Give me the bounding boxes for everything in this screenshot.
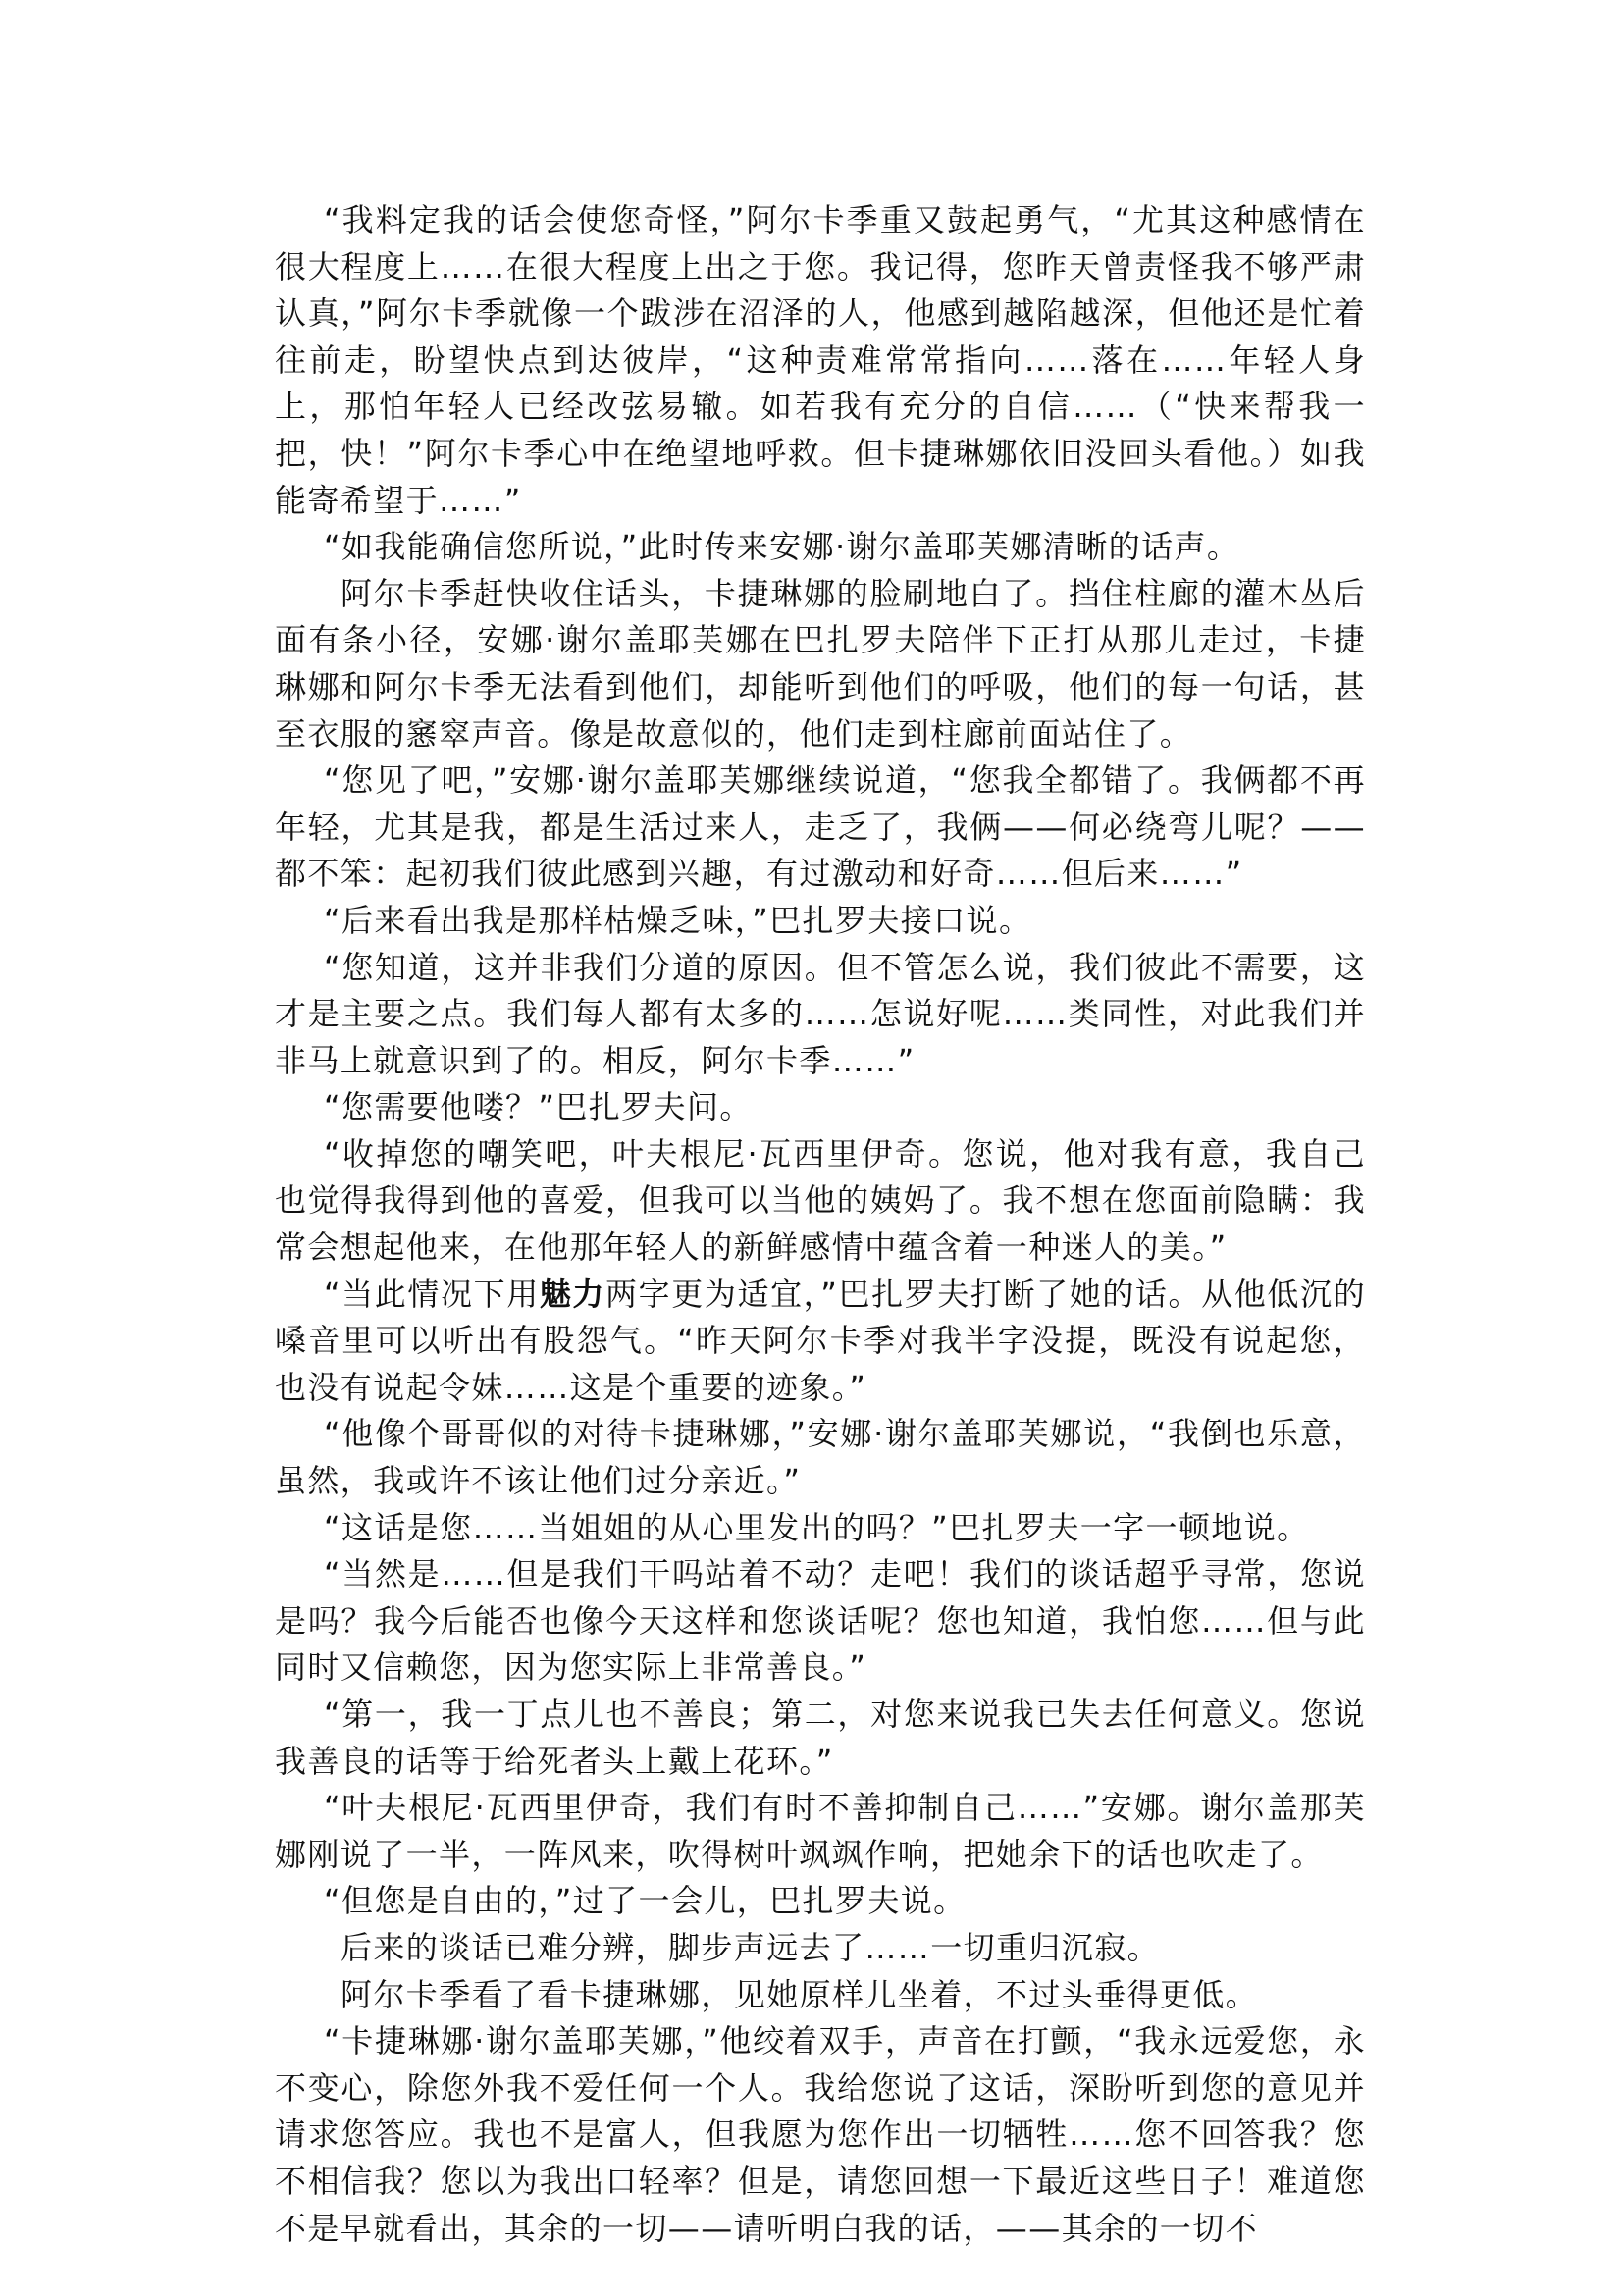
paragraph: “后来看出我是那样枯燥乏味，”巴扎罗夫接口说。 [275, 898, 1366, 945]
paragraph: “他像个哥哥似的对待卡捷琳娜，”安娜·谢尔盖耶芙娜说，“我倒也乐意，虽然，我或许… [275, 1411, 1366, 1504]
paragraph: “卡捷琳娜·谢尔盖耶芙娜，”他绞着双手，声音在打颤，“我永远爱您，永不变心，除您… [275, 2018, 1366, 2252]
paragraph: 阿尔卡季赶快收住话头，卡捷琳娜的脸刷地白了。挡住柱廊的灌木丛后面有条小径，安娜·… [275, 571, 1366, 757]
paragraph: “您见了吧，”安娜·谢尔盖耶芙娜继续说道，“您我全都错了。我俩都不再年轻，尤其是… [275, 757, 1366, 898]
paragraph: “如我能确信您所说，”此时传来安娜·谢尔盖耶芙娜清晰的话声。 [275, 524, 1366, 571]
paragraph: “您需要他喽？”巴扎罗夫问。 [275, 1084, 1366, 1131]
paragraph: “收掉您的嘲笑吧，叶夫根尼·瓦西里伊奇。您说，他对我有意，我自己也觉得我得到他的… [275, 1131, 1366, 1272]
emphasized-term: 魅力 [540, 1276, 605, 1313]
paragraph: “您知道，这并非我们分道的原因。但不管怎么说，我们彼此不需要，这才是主要之点。我… [275, 945, 1366, 1085]
paragraph: “当然是……但是我们干吗站着不动？走吧！我们的谈话超乎寻常，您说是吗？我今后能否… [275, 1551, 1366, 1692]
paragraph: “第一，我一丁点儿也不善良；第二，对您来说我已失去任何意义。您说我善良的话等于给… [275, 1692, 1366, 1785]
paragraph: 阿尔卡季看了看卡捷琳娜，见她原样儿坐着，不过头垂得更低。 [275, 1972, 1366, 2019]
paragraph-text: “当此情况下用 [324, 1276, 540, 1313]
paragraph: “这话是您……当姐姐的从心里发出的吗？”巴扎罗夫一字一顿地说。 [275, 1505, 1366, 1552]
paragraph: “当此情况下用魅力两字更为适宜，”巴扎罗夫打断了她的话。从他低沉的嗓音里可以听出… [275, 1272, 1366, 1412]
document-page: “我料定我的话会使您奇怪，”阿尔卡季重又鼓起勇气，“尤其这种感情在很大程度上……… [275, 197, 1366, 2252]
paragraph: 后来的谈话已难分辨，脚步声远去了……一切重归沉寂。 [275, 1925, 1366, 1972]
paragraph: “我料定我的话会使您奇怪，”阿尔卡季重又鼓起勇气，“尤其这种感情在很大程度上……… [275, 197, 1366, 524]
paragraph: “叶夫根尼·瓦西里伊奇，我们有时不善抑制自己……”安娜。谢尔盖那芙娜刚说了一半，… [275, 1785, 1366, 1878]
paragraph: “但您是自由的，”过了一会儿，巴扎罗夫说。 [275, 1878, 1366, 1925]
